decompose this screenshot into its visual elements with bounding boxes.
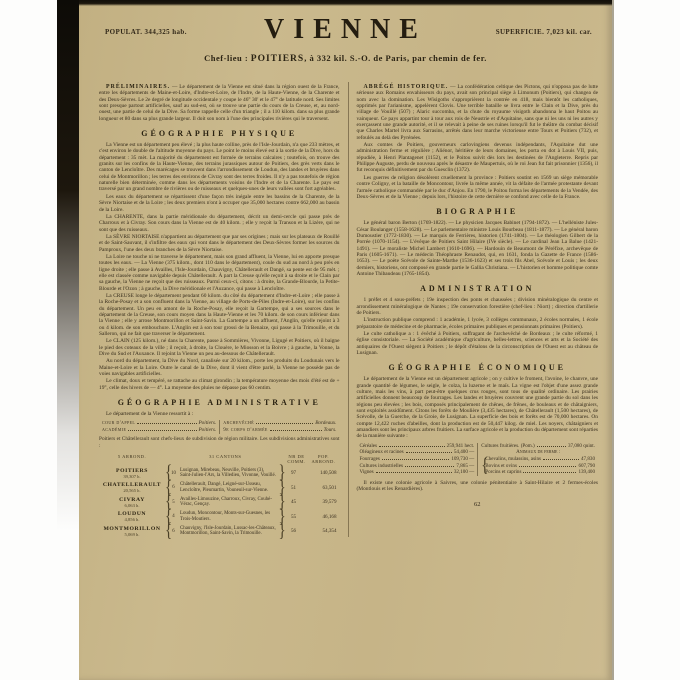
jurisdictions-right: archevêchéBordeaux. 9e corps d'arméeTour… xyxy=(219,420,339,434)
stat-label: Fourrages xyxy=(360,456,380,463)
geo-physique-heading: GÉOGRAPHIE PHYSIQUE xyxy=(99,129,340,138)
dot-leader xyxy=(406,452,452,453)
left-column: PRÉLIMINAIRES. — Le département de la Vi… xyxy=(99,82,349,537)
court-label: académie xyxy=(102,427,126,434)
stats-left: Céréales259,941 hect. Oléagineux et raci… xyxy=(357,443,478,476)
biographie-heading: BIOGRAPHIE xyxy=(357,207,599,216)
arrond-population: 63,501 xyxy=(305,485,340,491)
dot-leader xyxy=(405,466,454,467)
paragraph: La CREUSE longe le département pendant 6… xyxy=(99,293,340,337)
paragraph: Le culte catholique a : 1 évêché à Poiti… xyxy=(357,331,599,356)
court-value: Bordeaux. xyxy=(315,420,336,427)
court-value: Poitiers. xyxy=(199,420,217,427)
cantons-list: Availles-Limouzine, Charroux, Civray, Co… xyxy=(178,497,279,508)
dot-leader xyxy=(382,459,449,460)
stat-value: 259,941 hect. xyxy=(447,443,475,450)
communes-count: 45 xyxy=(283,499,305,505)
scanned-page: POPULAT. 344,325 hab. VIENNE SUPERFICIE.… xyxy=(79,0,614,680)
arrond-name-cell: LOUDUN4,856 h. xyxy=(99,511,165,522)
arrond-population: 46,168 xyxy=(305,514,340,520)
stat-value: 37,080 quint. xyxy=(568,443,595,450)
court-entry: 9e corps d'arméeTours. xyxy=(223,427,336,434)
cantons-list: Châtellerault, Dangé, Leigné-sur-Usseau,… xyxy=(178,482,279,493)
stat-line: Bovins et ovins607,790 xyxy=(485,463,595,470)
paragraph: Le climat, doux et tempéré, se rattache … xyxy=(99,378,340,391)
dot-leader xyxy=(537,446,566,447)
court-label: cour d'appel xyxy=(102,420,135,427)
court-value: Tours. xyxy=(324,427,337,434)
preliminaires-heading: PRÉLIMINAIRES. xyxy=(106,84,170,90)
stat-value: 54,400 — xyxy=(454,449,474,456)
arrond-name-cell: MONTMORILLON5,069 h. xyxy=(99,526,165,537)
administration-heading: ADMINISTRATION xyxy=(357,284,599,293)
arrond-population: 140,508 xyxy=(305,470,340,476)
table-row: CHATELLERAULT20,565 h. { 6 Châtellerault… xyxy=(99,482,340,493)
col-header-arrond: 5 ARROND. xyxy=(99,454,165,464)
population-value: 344,325 hab. xyxy=(145,28,187,36)
preliminaires-text: Le département de la Vienne est situé da… xyxy=(99,84,340,122)
stat-line: Chevalins, mulassins, asins47,830 xyxy=(485,456,595,463)
superficie-label: SUPERFICIE. xyxy=(496,28,545,36)
stat-value: 47,830 xyxy=(581,456,595,463)
stats-right: Cultures fruitières. (Pom.)37,080 quint.… xyxy=(477,443,598,476)
dot-leader xyxy=(543,459,579,460)
stat-value: 139,400 xyxy=(578,469,595,476)
biographie-text: Le général baron Berton (1769-1822). — L… xyxy=(357,220,599,277)
superficie-value: 7,023 kil. car. xyxy=(546,28,592,36)
left-brace: { xyxy=(165,524,169,538)
communes-count: 51 xyxy=(283,485,305,491)
chef-lieu-rest: , à 332 kil. S.-O. de Paris, par chemin … xyxy=(304,53,487,63)
arrond-hab: 20,565 h. xyxy=(99,488,165,493)
geo-admin-intro: Le département de la Vienne ressortit à … xyxy=(99,411,340,417)
stat-line: Céréales259,941 hect. xyxy=(360,443,475,450)
arrond-hab: 39,307 h. xyxy=(99,474,165,479)
cantons-list: Loudun, Moncontour, Monts-sur-Guesnes, l… xyxy=(178,511,279,522)
table-row: CIVRAY6,063 h. { 5 Availles-Limouzine, C… xyxy=(99,497,340,508)
stat-label: Cultures industrielles xyxy=(360,463,403,470)
court-label: archevêché xyxy=(223,420,254,427)
stat-line: Porcins et caprins139,400 xyxy=(485,469,595,476)
arrond-population: 39,579 xyxy=(305,499,340,505)
paragraph: 1 préfet et 4 sous-préfets ; 19e inspect… xyxy=(357,297,599,316)
paragraph: La Loire ne touche ni ne traverse le dép… xyxy=(99,254,340,292)
stat-label: Vignes xyxy=(360,469,374,476)
paragraph: La SÈVRE NIORTAISE n'appartient au dépar… xyxy=(99,234,340,253)
population-label: POPULAT. xyxy=(105,28,142,36)
stat-line: Oléagineux et racines54,400 — xyxy=(360,449,475,456)
jurisdictions-table: cour d'appelPoitiers. académiePoitiers. … xyxy=(99,420,340,434)
right-column: ABRÉGÉ HISTORIQUE. — La confédération ce… xyxy=(349,82,599,537)
col-header-communes: NB DE COMM. xyxy=(286,454,308,464)
chef-lieu-line: Chef-lieu : POITIERS, à 332 kil. S.-O. d… xyxy=(79,53,612,64)
paragraph: Le CLAIN (125 kilom.), né dans la Charen… xyxy=(99,338,340,357)
arrond-name-cell: CIVRAY6,063 h. xyxy=(99,497,165,508)
geo-economique-heading: GÉOGRAPHIE ÉCONOMIQUE xyxy=(357,363,599,372)
paragraph: Les eaux du département se répartissent … xyxy=(99,194,340,213)
superficie-stat: SUPERFICIE. 7,023 kil. car. xyxy=(496,28,592,36)
chef-lieu-name: POITIERS xyxy=(251,54,304,64)
table-row: POITIERS39,307 h. { 10 Lusignan, Mirebea… xyxy=(99,468,340,479)
farm-lines: Chevalins, mulassins, asins47,830 Bovins… xyxy=(485,456,595,476)
dot-leader xyxy=(256,423,313,424)
arrond-name-cell: POITIERS39,307 h. xyxy=(99,468,165,479)
stat-line: Vignes32,100 — xyxy=(360,469,475,476)
arrond-hab: 4,856 h. xyxy=(99,517,165,522)
page-number: 62 xyxy=(357,501,599,508)
agriculture-stats-table: Céréales259,941 hect. Oléagineux et raci… xyxy=(357,443,599,476)
stat-label: Porcins et caprins xyxy=(485,469,521,476)
dot-leader xyxy=(523,472,576,473)
stat-value: 607,790 xyxy=(578,463,595,470)
military-note: Poitiers et Châtellerault sont chefs-lie… xyxy=(99,436,340,449)
arrondissements-table: 5 ARROND. 31 CANTONS NB DE COMM. POP. AR… xyxy=(99,454,340,537)
stat-value: 32,100 — xyxy=(454,469,474,476)
paragraph: La Vienne est un département peu élevé ;… xyxy=(99,142,340,193)
stat-line: Fourrages109,730 — xyxy=(360,456,475,463)
dot-leader xyxy=(379,446,445,447)
scanner-background: POPULAT. 344,325 hab. VIENNE SUPERFICIE.… xyxy=(0,0,680,680)
population-stat: POPULAT. 344,325 hab. xyxy=(105,28,187,36)
right-brace: } xyxy=(279,524,283,538)
communes-count: 55 xyxy=(283,514,305,520)
stat-value: 109,730 — xyxy=(451,456,474,463)
arrond-name: MONTMORILLON xyxy=(99,526,165,532)
court-value: Poitiers. xyxy=(199,427,217,434)
masthead: POPULAT. 344,325 hab. VIENNE SUPERFICIE.… xyxy=(79,0,612,74)
dot-leader xyxy=(128,430,196,431)
stat-label: Chevalins, mulassins, asins xyxy=(485,456,541,463)
stat-label: Céréales xyxy=(360,443,378,450)
arrond-population: 54,354 xyxy=(305,528,340,534)
dot-leader xyxy=(270,430,322,431)
stat-line: Cultures industrielles7,865 — xyxy=(360,463,475,470)
paragraph: Aux comtes de Poitiers, gouverneurs carl… xyxy=(357,142,599,174)
table-row: MONTMORILLON5,069 h. { 6 Chauvigny, l'Is… xyxy=(99,526,340,537)
court-entry: archevêchéBordeaux. xyxy=(223,420,336,427)
book-spine-shadow xyxy=(57,0,81,680)
table-header-row: 5 ARROND. 31 CANTONS NB DE COMM. POP. AR… xyxy=(99,454,340,464)
col-header-cantons: 31 CANTONS xyxy=(165,454,286,464)
dot-leader xyxy=(519,466,576,467)
paragraph: La CHARENTE, dans la partie méridionale … xyxy=(99,214,340,233)
court-entry: académiePoitiers. xyxy=(102,427,216,434)
dash: — xyxy=(170,84,179,90)
communes-count: 56 xyxy=(283,528,305,534)
paragraph: L'instruction publique comprend : 1 acad… xyxy=(357,317,599,330)
closing-note: Il existe une colonie agricole à Saivres… xyxy=(357,480,599,493)
dot-leader xyxy=(137,423,196,424)
col-header-population: POP. ARROND. xyxy=(308,454,340,464)
paragraph: Le département de la Vienne est un dépar… xyxy=(357,376,599,439)
paragraph: Au nord du département, la Dive du Nord,… xyxy=(99,358,340,377)
preliminaires-paragraph: PRÉLIMINAIRES. — Le département de la Vi… xyxy=(99,84,340,122)
arrond-hab: 6,063 h. xyxy=(99,503,165,508)
stat-label: Cultures fruitières. (Pom.) xyxy=(481,443,534,450)
cantons-list: Chauvigny, l'Isle-Jourdain, Lussac-les-C… xyxy=(178,526,279,537)
stat-line: Cultures fruitières. (Pom.)37,080 quint. xyxy=(481,443,595,450)
dot-leader xyxy=(376,472,452,473)
court-entry: cour d'appelPoitiers. xyxy=(102,420,216,427)
arrond-name-cell: CHATELLERAULT20,565 h. xyxy=(99,482,165,493)
jurisdictions-left: cour d'appelPoitiers. académiePoitiers. xyxy=(99,420,219,434)
farm-animals-title: Animaux de ferme : xyxy=(481,449,595,456)
stat-value: 7,865 — xyxy=(456,463,474,470)
two-column-layout: PRÉLIMINAIRES. — Le département de la Vi… xyxy=(79,74,612,537)
cantons-list: Lusignan, Mirebeau, Neuville, Poitiers (… xyxy=(178,468,279,479)
stat-label: Oléagineux et racines xyxy=(360,449,404,456)
left-brace: { xyxy=(481,459,485,473)
historique-text: La confédération celtique des Pictons, q… xyxy=(357,84,599,141)
farm-animals-group: { Chevalins, mulassins, asins47,830 Bovi… xyxy=(481,456,595,476)
table-row: LOUDUN4,856 h. { 4 Loudun, Moncontour, M… xyxy=(99,511,340,522)
chef-lieu-prefix: Chef-lieu : xyxy=(204,53,251,63)
stat-label: Bovins et ovins xyxy=(485,463,517,470)
court-label: 9e corps d'armée xyxy=(223,427,268,434)
arrond-hab: 5,069 h. xyxy=(99,532,165,537)
communes-count: 97 xyxy=(283,470,305,476)
historique-paragraph: ABRÉGÉ HISTORIQUE. — La confédération ce… xyxy=(357,84,599,141)
geo-admin-heading: GÉOGRAPHIE ADMINISTRATIVE xyxy=(99,398,340,407)
paragraph: Les guerres de religion désolèrent cruel… xyxy=(357,175,599,200)
